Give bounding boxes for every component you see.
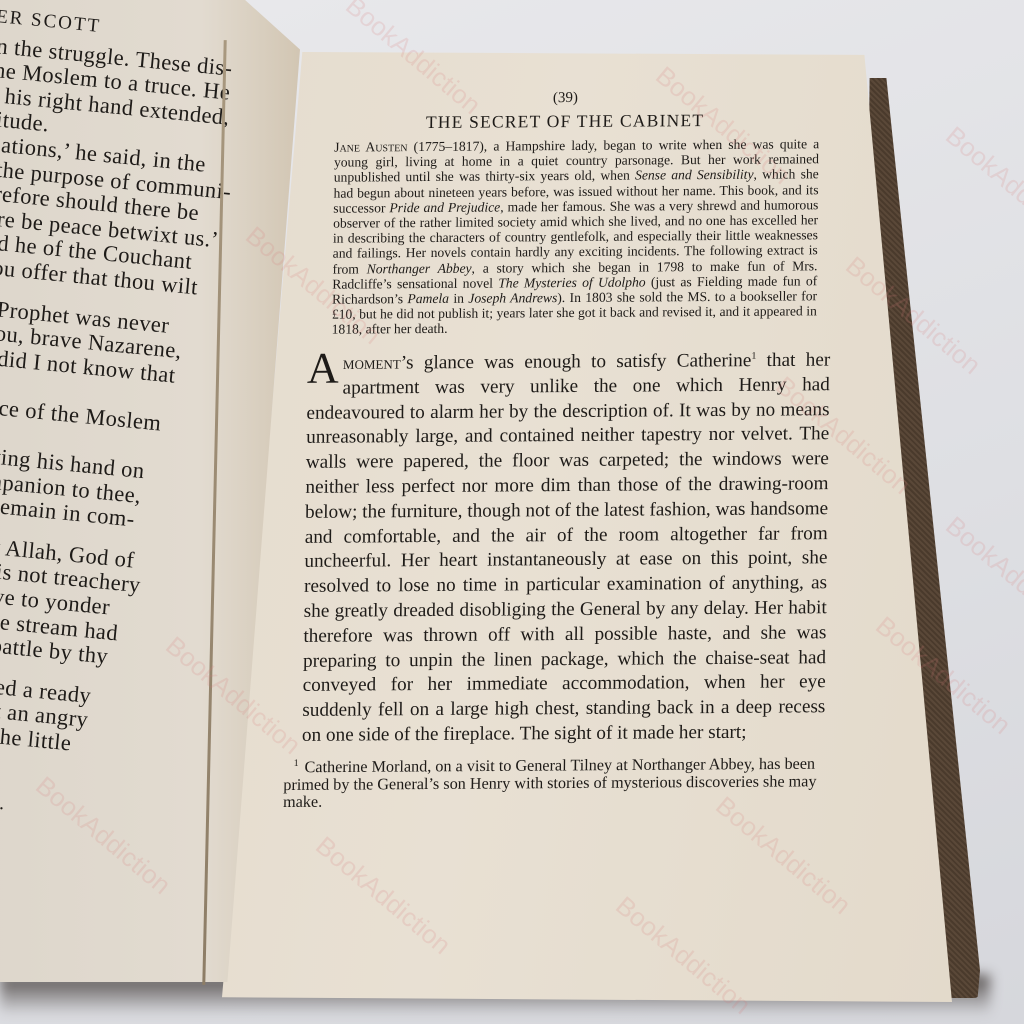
body-text: ’s glance was enough to satisfy Catherin… — [401, 350, 752, 373]
intro-text: in — [449, 291, 469, 306]
book-title: The Mysteries of Udolpho — [498, 274, 646, 290]
footnote-mark: 1 — [294, 758, 299, 769]
extract-body: Amoment’s glance was enough to satisfy C… — [302, 344, 831, 749]
book-title: Pride and Prejudice — [389, 199, 500, 215]
watermark: BookAddiction — [939, 120, 1024, 251]
page-number: (39) — [303, 88, 828, 109]
author-introduction: Jane Austen (1775–1817), a Hampshire lad… — [332, 136, 820, 337]
body-text: that her apartment was very unlike the o… — [302, 349, 830, 746]
right-page-text: (39) THE SECRET OF THE CABINET Jane Aust… — [273, 88, 828, 811]
footnote-line: her languages. — [0, 781, 170, 832]
author-name: Jane Austen — [334, 139, 407, 155]
footnote-text: Catherine Morland, on a visit to General… — [283, 754, 817, 811]
chapter-title: THE SECRET OF THE CABINET — [302, 109, 827, 134]
book-title: Joseph Andrews — [468, 290, 557, 306]
footnote: 1Catherine Morland, on a visit to Genera… — [283, 751, 819, 811]
small-caps-lead: moment — [343, 352, 401, 373]
book-title: Northanger Abbey — [367, 260, 472, 276]
drop-cap: A — [307, 349, 339, 387]
book-title: Pamela — [407, 291, 449, 306]
book-title: Sense and Sensibility — [635, 167, 754, 183]
watermark: BookAddiction — [939, 510, 1024, 641]
